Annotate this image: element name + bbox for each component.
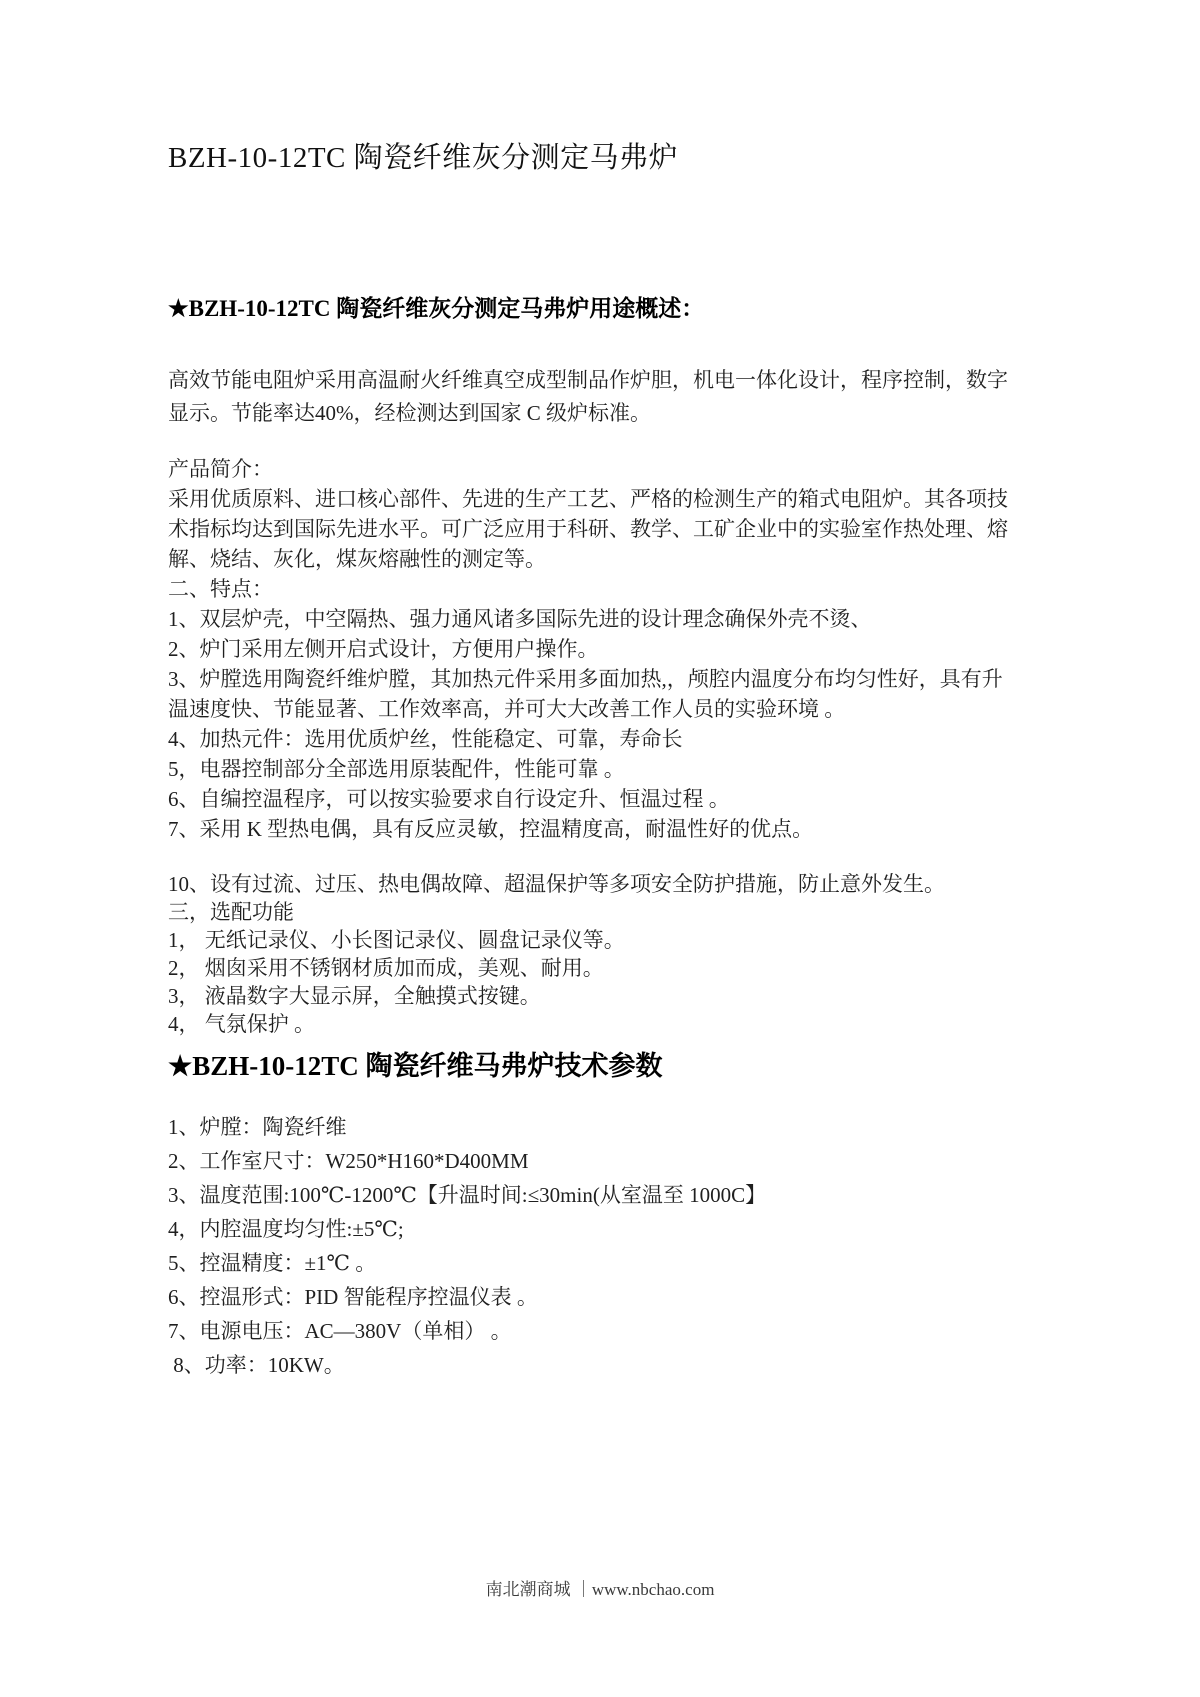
text-line: 显示。节能率达40%，经检测达到国家 C 级炉标准。 — [168, 397, 1035, 430]
document-title: BZH-10-12TC 陶瓷纤维灰分测定马弗炉 — [168, 140, 1035, 176]
text-line: 4、加热元件：选用优质炉丝，性能稳定、可靠，寿命长 — [168, 724, 1035, 754]
technical-parameters-list: 1、炉膛：陶瓷纤维2、工作室尺寸：W250*H160*D400MM3、温度范围:… — [168, 1110, 1035, 1382]
document-page: BZH-10-12TC 陶瓷纤维灰分测定马弗炉 ★BZH-10-12TC 陶瓷纤… — [0, 0, 1200, 1697]
spec-item: 4，内腔温度均匀性:±5℃; — [168, 1212, 1035, 1246]
spec-item: 2、工作室尺寸：W250*H160*D400MM — [168, 1144, 1035, 1178]
text-line: 5，电器控制部分全部选用原装配件，性能可靠 。 — [168, 754, 1035, 784]
text-line: 10、设有过流、过压、热电偶故障、超温保护等多项安全防护措施，防止意外发生。 — [168, 870, 1035, 898]
safety-and-optional-functions: 10、设有过流、过压、热电偶故障、超温保护等多项安全防护措施，防止意外发生。三，… — [168, 870, 1035, 1038]
spec-item: 1、炉膛：陶瓷纤维 — [168, 1110, 1035, 1144]
text-line: 6、自编控温程序，可以按实验要求自行设定升、恒温过程 。 — [168, 784, 1035, 814]
text-line: 1， 无纸记录仪、小长图记录仪、圆盘记录仪等。 — [168, 926, 1035, 954]
text-line: 高效节能电阻炉采用高温耐火纤维真空成型制品作炉胆，机电一体化设计，程序控制，数字 — [168, 364, 1035, 397]
text-line: 产品简介： — [168, 454, 1035, 484]
spec-item: 8、功率：10KW。 — [168, 1348, 1035, 1382]
text-line: 温速度快、节能显著、工作效率高，并可大大改善工作人员的实验环境 。 — [168, 694, 1035, 724]
spec-item: 6、控温形式：PID 智能程序控温仪表 。 — [168, 1280, 1035, 1314]
text-line: 三，选配功能 — [168, 898, 1035, 926]
spec-item: 3、温度范围:100℃-1200℃【升温时间:≤30min(从室温至 1000C… — [168, 1178, 1035, 1212]
overview-section-heading: ★BZH-10-12TC 陶瓷纤维灰分测定马弗炉用途概述： — [168, 292, 1035, 326]
overview-lead-paragraph: 高效节能电阻炉采用高温耐火纤维真空成型制品作炉胆，机电一体化设计，程序控制，数字… — [168, 364, 1035, 430]
text-line: 术指标均达到国际先进水平。可广泛应用于科研、教学、工矿企业中的实验室作热处理、熔 — [168, 514, 1035, 544]
spec-item: 5、控温精度：±1℃ 。 — [168, 1246, 1035, 1280]
text-line: 2、炉门采用左侧开启式设计，方便用户操作。 — [168, 634, 1035, 664]
text-line: 1、双层炉壳，中空隔热、强力通风诸多国际先进的设计理念确保外壳不烫、 — [168, 604, 1035, 634]
text-line: 解、烧结、灰化，煤灰熔融性的测定等。 — [168, 544, 1035, 574]
text-line: 7、采用 K 型热电偶，具有反应灵敏，控温精度高，耐温性好的优点。 — [168, 814, 1035, 844]
text-line: 采用优质原料、进口核心部件、先进的生产工艺、严格的检测生产的箱式电阻炉。其各项技 — [168, 484, 1035, 514]
text-line: 4， 气氛保护 。 — [168, 1010, 1035, 1038]
text-line: 二、特点： — [168, 574, 1035, 604]
product-intro-and-features: 产品简介：采用优质原料、进口核心部件、先进的生产工艺、严格的检测生产的箱式电阻炉… — [168, 454, 1035, 844]
text-line: 2， 烟囱采用不锈钢材质加而成，美观、耐用。 — [168, 954, 1035, 982]
text-line: 3， 液晶数字大显示屏，全触摸式按键。 — [168, 982, 1035, 1010]
spec-item: 7、电源电压：AC—380V（单相） 。 — [168, 1314, 1035, 1348]
footer-site-text: 南北潮商城 ｜www.nbchao.com — [486, 1580, 715, 1599]
text-line: 3、炉膛选用陶瓷纤维炉膛，其加热元件采用多面加热,，颅腔内温度分布均匀性好，具有… — [168, 664, 1035, 694]
specs-section-heading: ★BZH-10-12TC 陶瓷纤维马弗炉技术参数 — [168, 1046, 1035, 1086]
page-footer: 南北潮商城 ｜www.nbchao.com — [0, 1578, 1200, 1602]
